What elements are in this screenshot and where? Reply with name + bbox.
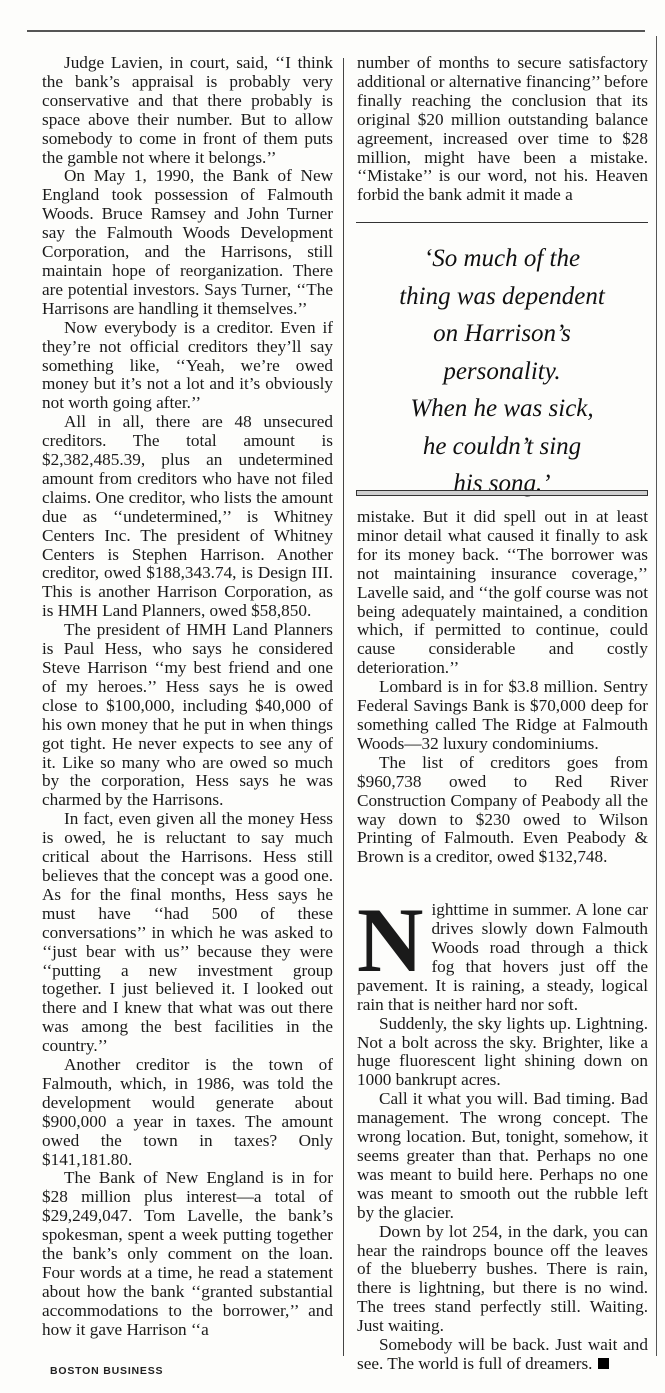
paragraph: Judge Lavien, in court, said, ‘‘I think …: [42, 54, 333, 167]
right-column-bottom: mistake. But it did spell out in at leas…: [357, 508, 648, 1374]
paragraph: Call it what you will. Bad timing. Bad m…: [357, 1090, 648, 1222]
pull-quote-line: thing was dependent: [356, 278, 648, 316]
paragraph: The Bank of New England is in for $28 mi…: [42, 1169, 333, 1339]
paragraph: number of months to secure satisfactory …: [357, 54, 648, 205]
right-column-top: number of months to secure satisfactory …: [357, 54, 648, 205]
pull-quote: ‘So much of the thing was dependent on H…: [356, 240, 648, 503]
paragraph: The list of creditors goes from $960,738…: [357, 754, 648, 867]
pull-quote-line: his song.’: [356, 465, 648, 503]
paragraph: On May 1, 1990, the Bank of New England …: [42, 167, 333, 318]
final-paragraph: Somebody will be back. Just wait and see…: [357, 1336, 648, 1374]
paragraph: All in all, there are 48 unsecured credi…: [42, 413, 333, 621]
paragraph: Suddenly, the sky lights up. Lightning. …: [357, 1015, 648, 1091]
pull-quote-line: he couldn’t sing: [356, 428, 648, 466]
paragraph: The president of HMH Land Planners is Pa…: [42, 621, 333, 810]
pull-quote-bottom-rule: [356, 490, 648, 496]
drop-cap: N: [357, 905, 423, 973]
paragraph: In fact, even given all the money Hess i…: [42, 810, 333, 1056]
pull-quote-line: ‘So much of the: [356, 240, 648, 278]
right-page-border: [656, 36, 657, 1356]
pull-quote-line: on Harrison’s: [356, 315, 648, 353]
end-mark-icon: [598, 1358, 609, 1369]
paragraph: Lombard is in for $3.8 million. Sentry F…: [357, 678, 648, 754]
drop-cap-paragraph: Nighttime in summer. A lone car drives s…: [357, 901, 648, 1014]
paragraph: Down by lot 254, in the dark, you can he…: [357, 1223, 648, 1336]
column-divider: [343, 58, 344, 1356]
publication-footer: BOSTON BUSINESS: [50, 1365, 163, 1377]
left-column: Judge Lavien, in court, said, ‘‘I think …: [42, 54, 333, 1340]
pull-quote-line: personality.: [356, 353, 648, 391]
top-rule: [27, 30, 645, 32]
paragraph: Now everybody is a creditor. Even if the…: [42, 319, 333, 414]
paragraph: mistake. But it did spell out in at leas…: [357, 508, 648, 678]
pull-quote-line: When he was sick,: [356, 390, 648, 428]
paragraph: Another creditor is the town of Falmouth…: [42, 1056, 333, 1169]
pull-quote-top-rule: [356, 222, 648, 223]
